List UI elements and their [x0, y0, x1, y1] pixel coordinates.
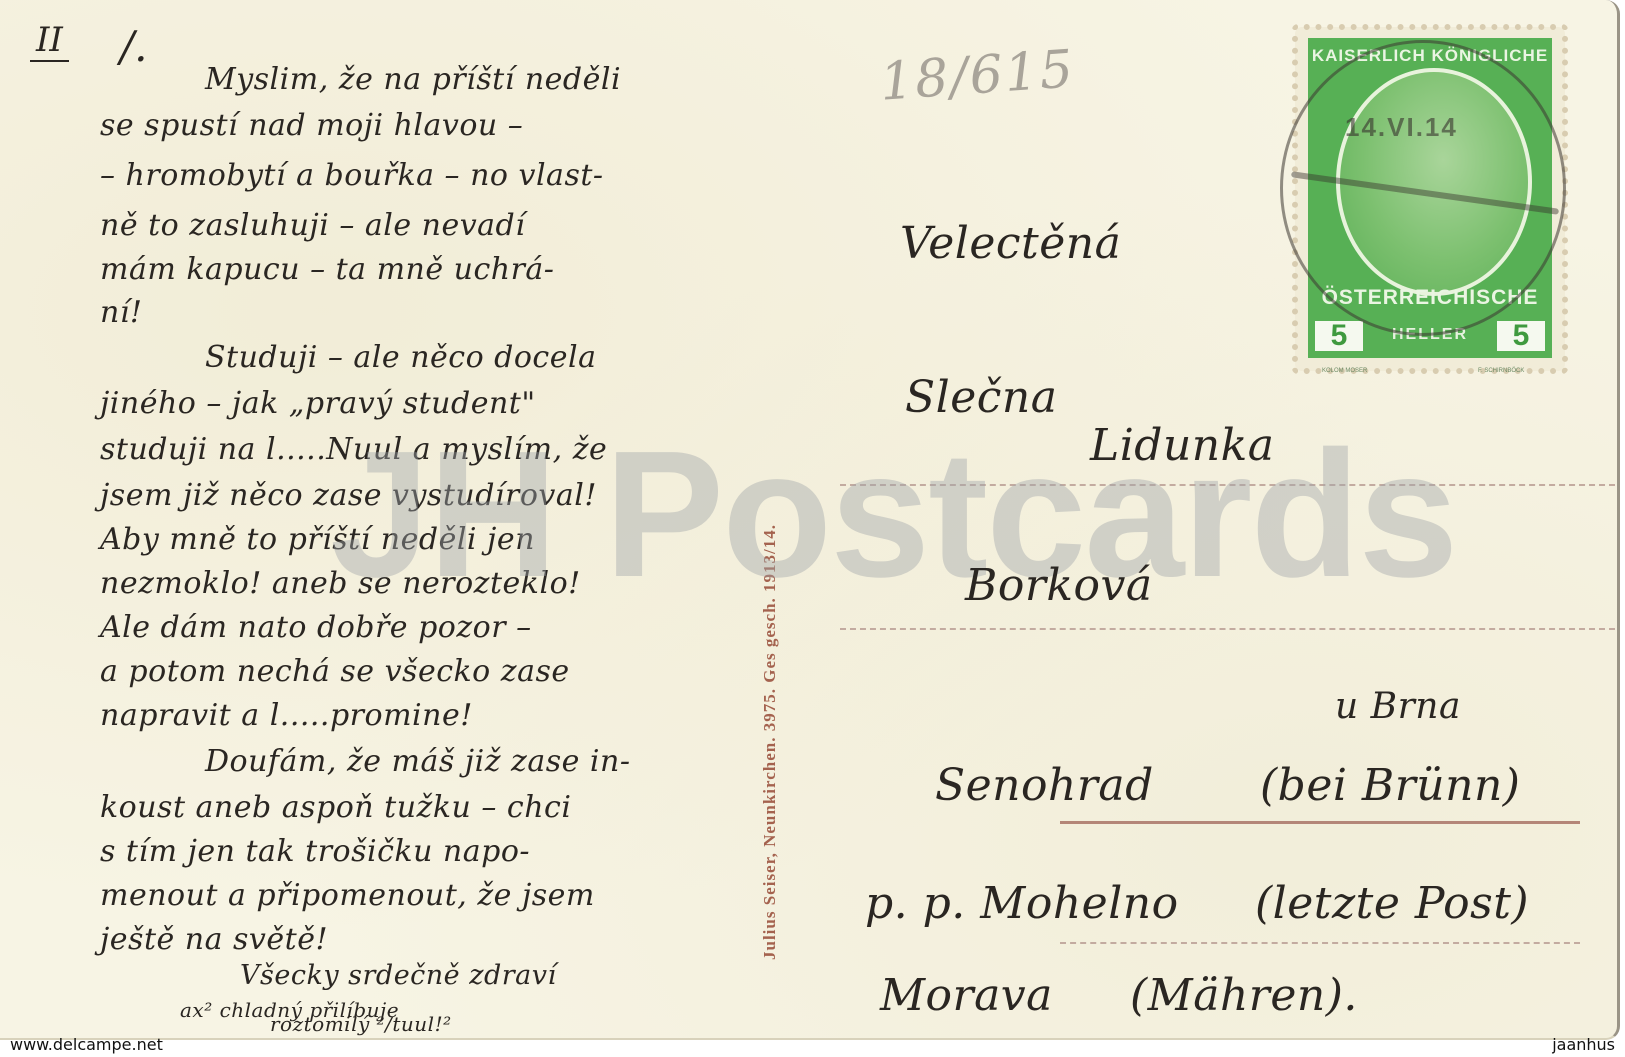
message-line: s tím jen tak trošičku napo- [100, 834, 530, 869]
message-line: menout a připomenout, že jsem [100, 878, 595, 913]
message-line: Ale dám nato dobře pozor – [100, 610, 532, 645]
watermark: JH Postcards [330, 425, 1457, 605]
address-divider [840, 628, 1615, 630]
post-office-note: (letzte Post) [1255, 878, 1529, 929]
region: Morava [880, 970, 1053, 1021]
postcard-back: II /. 18/615 Myslim, že na příští neděli… [0, 0, 1620, 1040]
address-divider [1060, 821, 1580, 824]
town-german: (bei Brünn) [1260, 760, 1520, 811]
message-line: Doufám, že máš již zase in- [205, 744, 630, 779]
post-office: p. p. Mohelno [865, 878, 1179, 929]
stamp-value-right: 5 [1494, 318, 1548, 354]
postmark-date: 14.VI.14 [1345, 112, 1458, 143]
address-divider [1060, 942, 1580, 944]
message-line: a potom nechá se všecko zase [100, 654, 570, 689]
town: Senohrad [935, 760, 1154, 811]
message-line: mám kapucu – ta mně uchrá- [100, 252, 554, 287]
message-line: ještě na světě! [100, 922, 328, 957]
footer-site-link[interactable]: www.delcampe.net [10, 1035, 163, 1054]
stamp-designer-left: KOLOM MOSER [1322, 368, 1367, 374]
message-line: – hromobytí a bouřka – no vlast- [100, 158, 604, 193]
signature-line: roztomilý ²/tuul!² [270, 1012, 452, 1036]
message-line: napravit a l.....promine! [100, 698, 473, 733]
recipient-first-name: Lidunka [1090, 420, 1275, 471]
message-line: Studuji – ale něco docela [205, 340, 596, 375]
locality-note: u Brna [1335, 686, 1461, 727]
stamp-value-left: 5 [1312, 318, 1366, 354]
message-line: ní! [100, 295, 142, 330]
message-line: se spustí nad moji hlavou – [100, 108, 523, 143]
section-number: II [30, 20, 69, 62]
message-line: Všecky srdečně zdraví [240, 960, 557, 991]
message-line: koust aneb aspoň tužku – chci [100, 790, 571, 825]
archive-number: 18/615 [878, 39, 1077, 112]
stamp-designer-right: F. SCHIRNBÖCK [1478, 368, 1524, 374]
recipient-title: Slečna [905, 372, 1057, 423]
message-line: ně to zasluhuji – ale nevadí [100, 208, 525, 243]
footer-seller-name: jaanhus [1552, 1035, 1615, 1054]
page-mark: /. [120, 22, 148, 71]
message-line: Myslim, že na příští neděli [205, 62, 621, 97]
salutation: Velectěná [900, 218, 1121, 269]
postmark-circle [1280, 40, 1566, 336]
region-german: (Mähren). [1130, 970, 1358, 1021]
recipient-last-name: Borková [965, 560, 1153, 611]
